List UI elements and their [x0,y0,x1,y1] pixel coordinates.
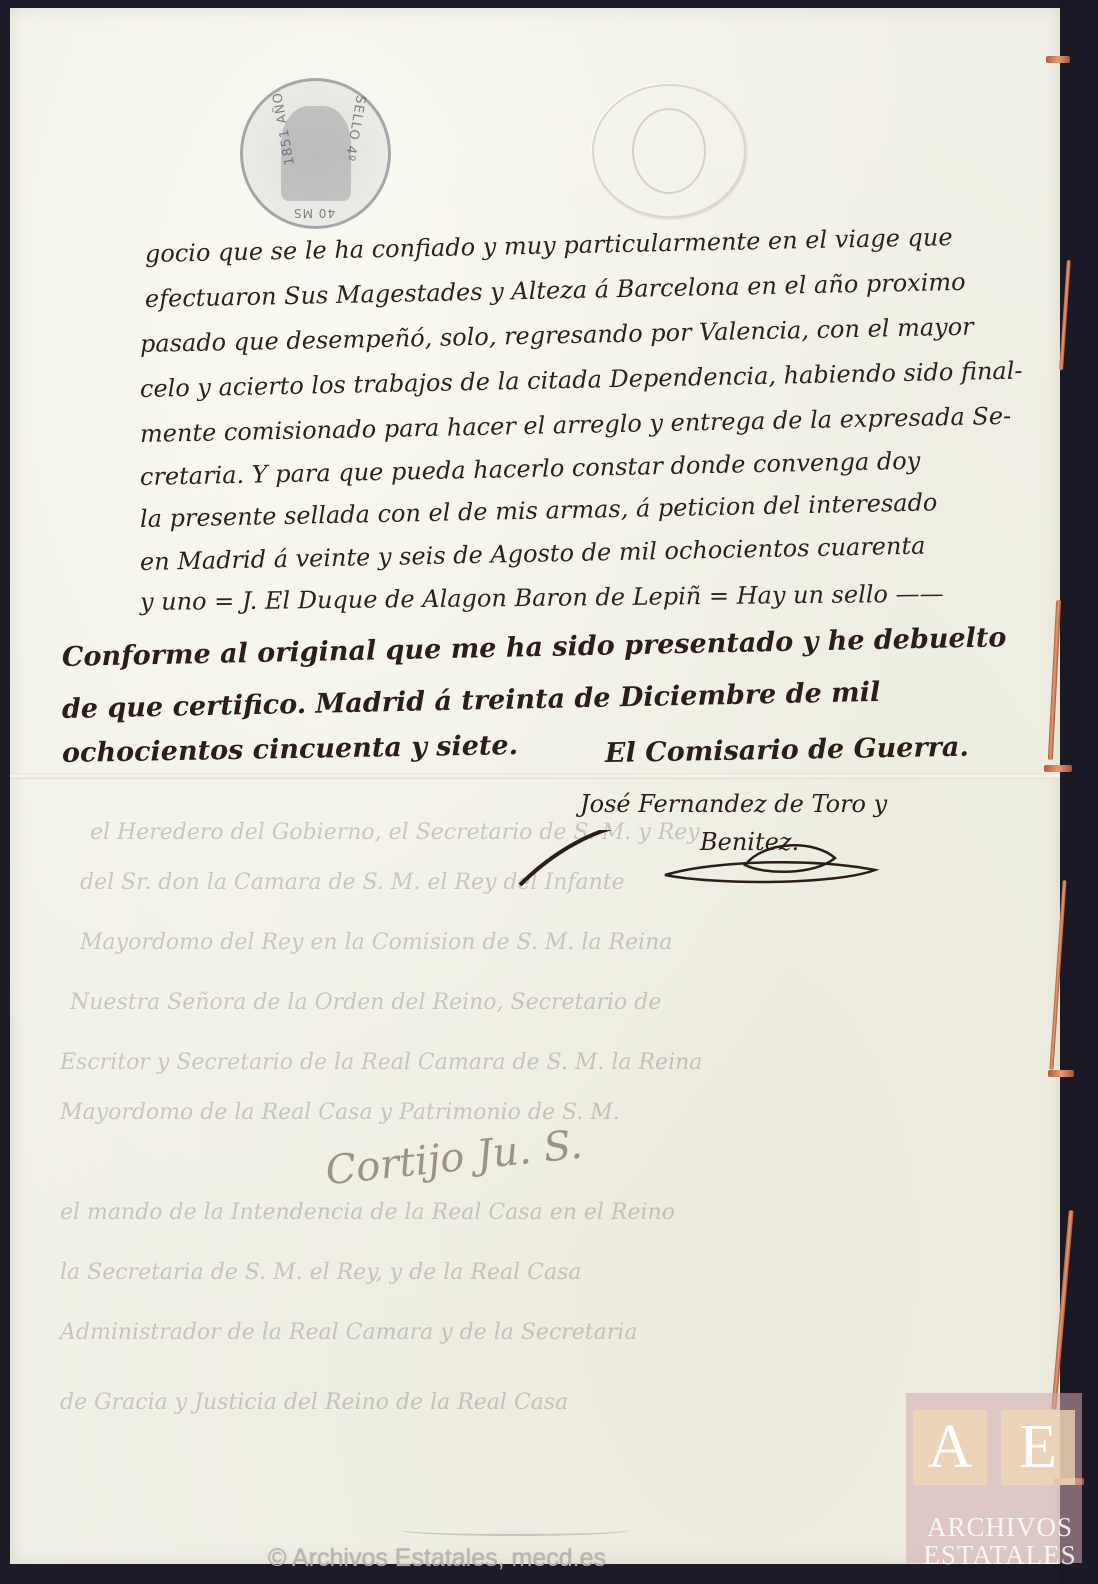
watermark-text-line1: ARCHIVOS [915,1512,1085,1543]
paper-fold-crease [10,773,1060,779]
scan-background-edge [1060,0,1098,1584]
royal-crown-coat-of-arms-icon [632,108,706,194]
certification-line-commissioner: El Comisario de Guerra. [605,732,969,769]
embossed-seal-stamp [592,84,746,218]
bleed-through-flourish [400,1524,630,1536]
signature-flourish-icon [515,830,895,890]
signature-name: José Fernandez de Toro y [580,790,887,818]
copyright-notice: © Archivos Estatales, mecd.es [268,1544,606,1573]
seal-value-text: 40 MS [293,206,335,220]
watermark-text-line2: ESTATALES [915,1540,1085,1571]
ink-seal-stamp: 1851 AÑO SELLO 4º 40 MS [240,78,391,229]
watermark-letters: A E [906,1410,1082,1485]
